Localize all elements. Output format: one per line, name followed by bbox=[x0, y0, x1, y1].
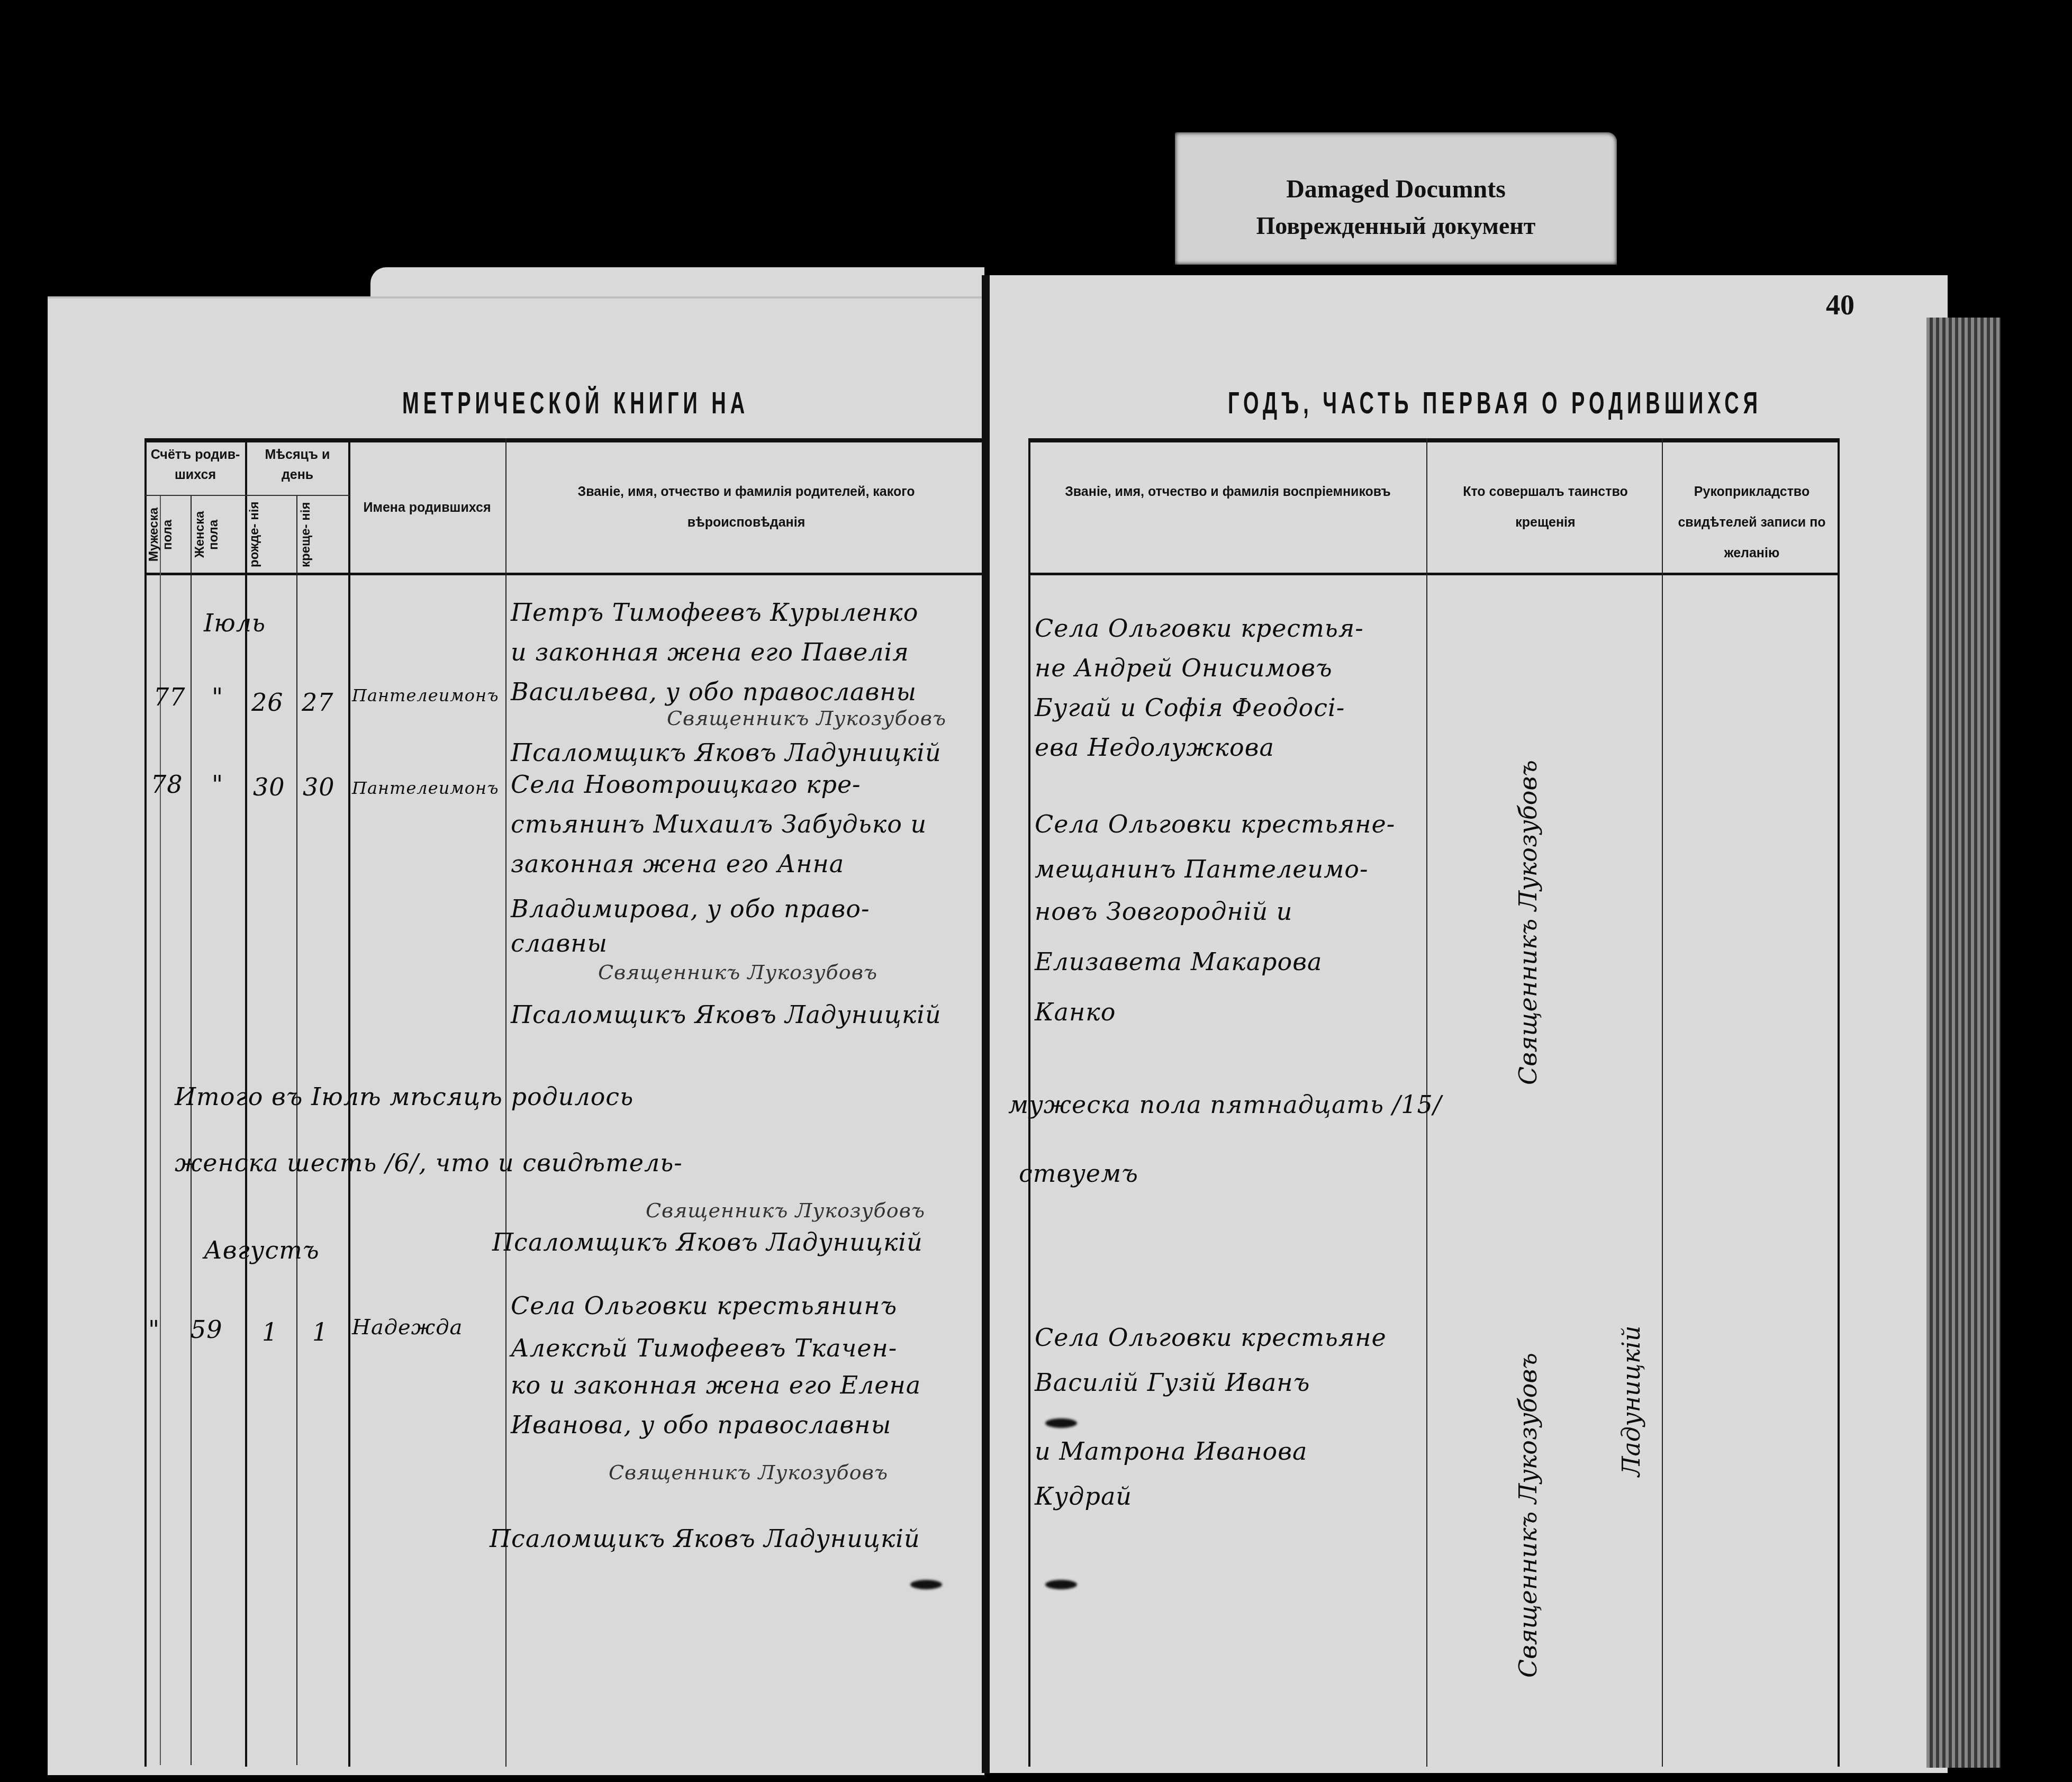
month-july: Іюль bbox=[204, 609, 266, 637]
entry-59-parents-line: Села Ольговки крестьянинъ bbox=[511, 1291, 897, 1320]
officiant-august-vertical: Священникъ Лукозубовъ bbox=[1514, 1148, 1542, 1678]
ink-blot bbox=[1045, 1418, 1077, 1428]
entry-77-parents-line: и законная жена его Павелія bbox=[511, 638, 909, 666]
entry-78-female: " bbox=[212, 770, 223, 799]
summary-line-2: женска шесть /6/, что и свидѣтель- bbox=[175, 1148, 683, 1177]
witness-august-vertical: Ладуницкій bbox=[1617, 1159, 1645, 1477]
entry-59-parents-line: ко и законная жена его Елена bbox=[511, 1371, 921, 1399]
entry-59-clergy-signature: Священникъ Лукозубовъ bbox=[609, 1461, 888, 1484]
entry-59-godparents-line: Василій Гузій Иванъ bbox=[1035, 1368, 1310, 1397]
right-table-top-rule bbox=[1029, 438, 1839, 442]
header-names: Имена родившихся bbox=[350, 492, 504, 523]
entry-78-godparents-line: Елизавета Макарова bbox=[1035, 947, 1322, 976]
entry-77-parents-line: Васильева, у обо православны bbox=[511, 677, 917, 706]
entry-59-parents-line: Алексѣй Тимофеевъ Ткачен- bbox=[511, 1334, 897, 1362]
entry-59-name: Надежда bbox=[352, 1315, 463, 1340]
left-table-left-border bbox=[144, 438, 147, 1767]
entry-78-name: Пантелеимонъ bbox=[352, 778, 499, 798]
entry-77-female: " bbox=[212, 683, 223, 711]
col-divider bbox=[296, 495, 297, 1765]
entry-78-baptism-day: 30 bbox=[303, 773, 335, 801]
summary-line-2-continued: ствуемъ bbox=[1019, 1159, 1138, 1188]
damaged-document-label: Damaged Documnts Поврежденный документ bbox=[1175, 132, 1617, 265]
subheader-rule bbox=[146, 495, 349, 496]
left-table-right-border bbox=[984, 438, 987, 1767]
entry-78-parents-line: стьянинъ Михаилъ Забудько и bbox=[511, 810, 927, 838]
header-witnesses: Рукоприкладство свидѣтелей записи по жел… bbox=[1667, 476, 1836, 568]
entry-59-female: 59 bbox=[191, 1315, 223, 1344]
summary-line-1-continued: мужеска пола пятнадцать /15/ bbox=[1008, 1090, 1442, 1119]
page-number: 40 bbox=[1826, 288, 1854, 321]
entry-78-clergy-signature: Священникъ Лукозубовъ bbox=[598, 961, 877, 984]
entry-77-psalmist-signature: Псаломщикъ Яковъ Ладуницкій bbox=[511, 738, 942, 767]
header-count-male: Мужеска пола bbox=[147, 500, 189, 569]
right-table-right-border bbox=[1838, 438, 1840, 1767]
entry-77-clergy-signature: Священникъ Лукозубовъ bbox=[667, 707, 946, 730]
header-count-group: Счётъ родив- шихся bbox=[147, 445, 243, 485]
entry-78-godparents-line: Села Ольговки крестьяне- bbox=[1035, 810, 1395, 838]
entry-59-psalmist-signature: Псаломщикъ Яковъ Ладуницкій bbox=[490, 1524, 920, 1553]
left-title: МЕТРИЧЕСКОЙ КНИГИ НА bbox=[402, 387, 749, 421]
entry-78-godparents-line: мещанинъ Пантелеимо- bbox=[1035, 855, 1369, 883]
col-divider bbox=[191, 495, 192, 1765]
entry-78-parents-line: Села Новотроицкаго кре- bbox=[511, 770, 861, 799]
ink-blot bbox=[910, 1580, 942, 1589]
entry-78-psalmist-signature: Псаломщикъ Яковъ Ладуницкій bbox=[511, 1000, 942, 1029]
summary-psalmist-signature: Псаломщикъ Яковъ Ладуницкій bbox=[492, 1228, 923, 1256]
header-godparents: Званіе, имя, отчество и фамилія воспріем… bbox=[1058, 476, 1397, 507]
entry-59-godparents-line: Кудрай bbox=[1035, 1482, 1132, 1510]
entry-59-godparents-line: Села Ольговки крестьяне bbox=[1035, 1323, 1387, 1352]
header-date-baptism: креще- нія bbox=[299, 500, 347, 569]
page-edges bbox=[1926, 318, 2001, 1768]
entry-78-parents-line: Владимирова, у обо право- bbox=[511, 894, 870, 923]
right-title: ГОДЪ, ЧАСТЬ ПЕРВАЯ О РОДИВШИХСЯ bbox=[1228, 387, 1762, 421]
left-table-top-rule bbox=[146, 438, 987, 442]
entry-59-baptism-day: 1 bbox=[312, 1318, 328, 1346]
summary-line-1: Итого въ Іюлѣ мѣсяцѣ родилось bbox=[175, 1082, 634, 1111]
entry-59-godparents-line: и Матрона Иванова bbox=[1035, 1437, 1307, 1466]
header-parents: Званіе, имя, отчество и фамилія родителе… bbox=[535, 476, 958, 538]
month-august: Августъ bbox=[204, 1236, 320, 1264]
entry-78-birth-day: 30 bbox=[253, 773, 285, 801]
entry-77-male: 77 bbox=[153, 683, 186, 711]
header-count-female: Женска пола bbox=[193, 500, 241, 569]
header-date-birth: рожде- нія bbox=[248, 500, 295, 569]
entry-77-birth-day: 26 bbox=[251, 688, 284, 717]
entry-59-parents-line: Иванова, у обо православны bbox=[511, 1410, 891, 1439]
entry-77-godparents-line: ева Недолужкова bbox=[1035, 733, 1274, 762]
entry-59-birth-day: 1 bbox=[262, 1318, 278, 1346]
entry-77-godparents-line: не Андрей Онисимовъ bbox=[1035, 654, 1333, 682]
entry-77-parents-line: Петръ Тимофеевъ Курыленко bbox=[511, 598, 919, 627]
entry-77-godparents-line: Бугай и Софія Феодосі- bbox=[1035, 693, 1345, 722]
entry-77-baptism-day: 27 bbox=[302, 688, 334, 717]
entry-78-godparents-line: Канко bbox=[1035, 998, 1116, 1026]
entry-78-parents-line: законная жена его Анна bbox=[511, 849, 844, 878]
header-date-group: Мѣсяцъ и день bbox=[248, 445, 347, 485]
ink-blot bbox=[1045, 1580, 1077, 1589]
entry-59-male: " bbox=[148, 1315, 160, 1344]
entry-78-godparents-line: новъ Зовгородній и bbox=[1035, 897, 1292, 926]
label-english: Damaged Documnts bbox=[1175, 175, 1617, 204]
col-divider bbox=[1662, 438, 1663, 1767]
entry-78-parents-line: славны bbox=[511, 929, 608, 957]
label-russian: Поврежденный документ bbox=[1175, 212, 1617, 240]
entry-78-male: 78 bbox=[151, 770, 183, 799]
header-officiant: Кто совершалъ таинство крещенія bbox=[1450, 476, 1641, 538]
summary-clergy-signature: Священникъ Лукозубовъ bbox=[646, 1199, 925, 1222]
right-header-bottom-rule bbox=[1029, 573, 1839, 575]
entry-77-name: Пантелеимонъ bbox=[352, 685, 499, 705]
officiant-july-vertical: Священникъ Лукозубовъ bbox=[1514, 683, 1542, 1085]
left-header-bottom-rule bbox=[146, 573, 987, 575]
entry-77-godparents-line: Села Ольговки крестья- bbox=[1035, 614, 1364, 643]
